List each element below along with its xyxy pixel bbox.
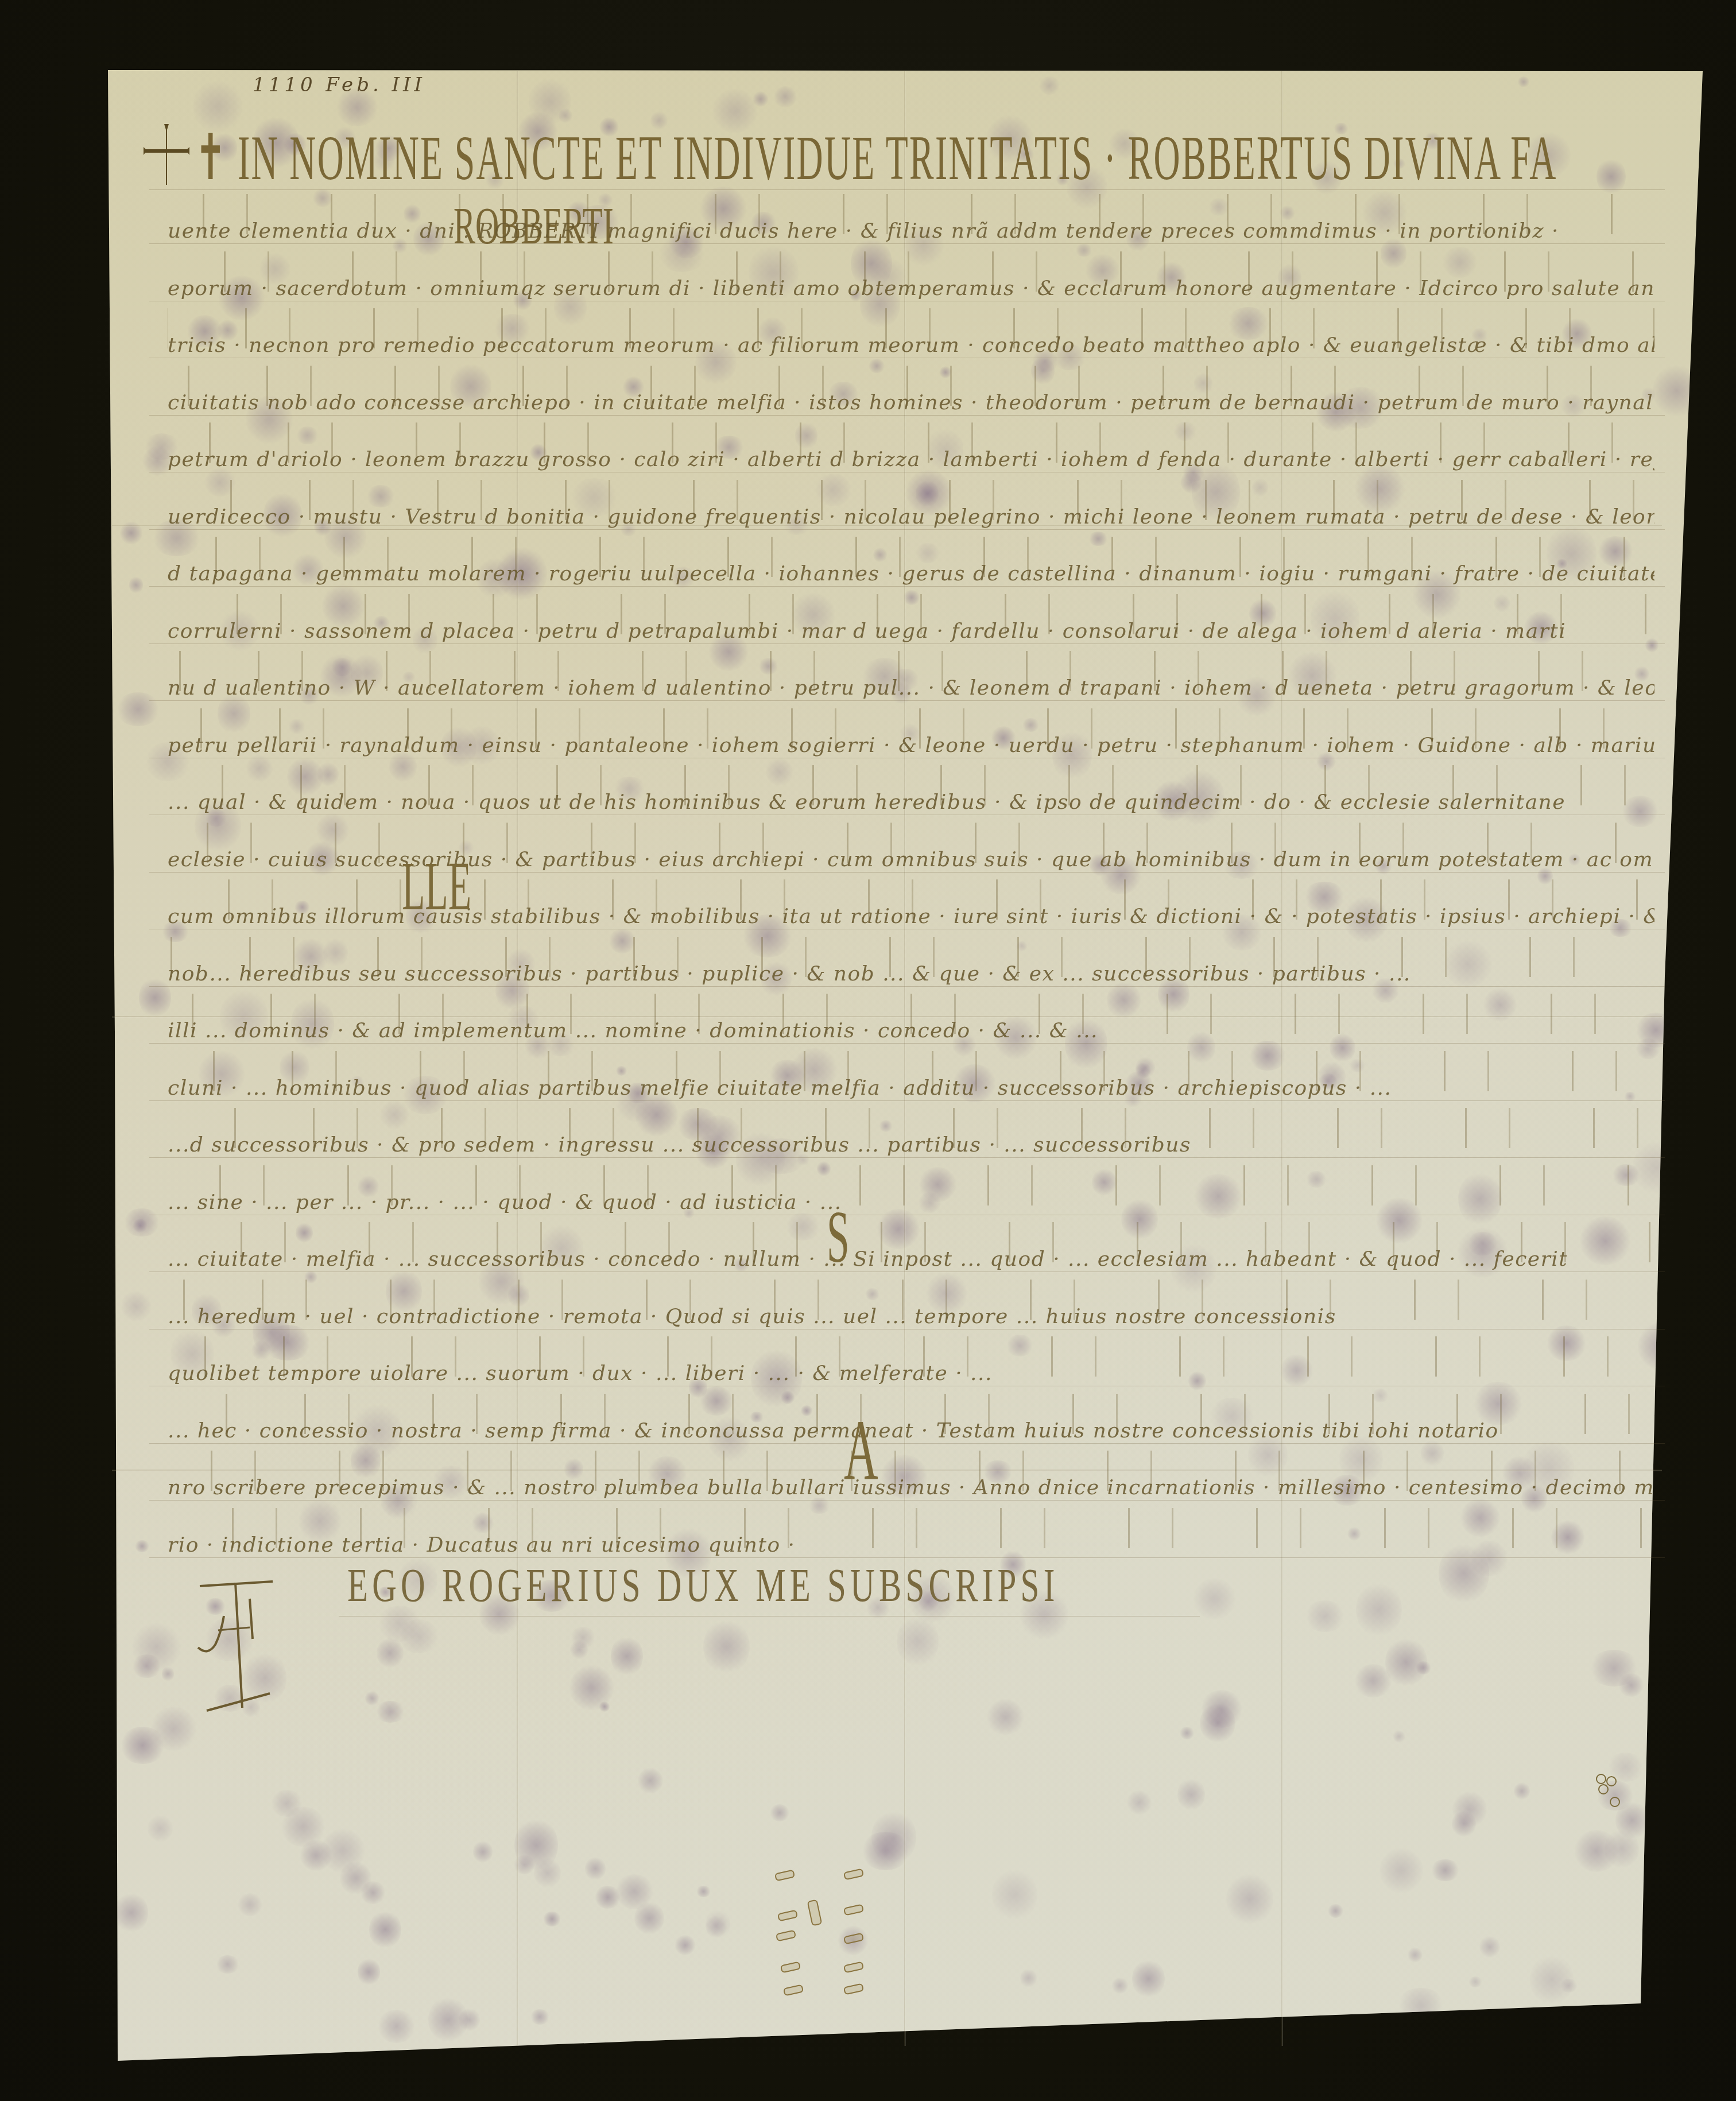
subscription-line: EGO ROGERIUS DUX ME SUBSCRIPSI: [347, 1559, 1059, 1612]
stain-spot: [675, 1935, 696, 1955]
charter-text-line: eporum · sacerdotum · omniumqz seruorum …: [168, 277, 1654, 300]
cord-hole: [807, 1900, 823, 1926]
stain-spot: [1177, 1778, 1204, 1811]
charter-text-line: nro scribere precepimus · & ... nostro p…: [168, 1476, 1654, 1499]
stain-spot: [377, 2010, 416, 2043]
stain-spot: [1226, 1873, 1273, 1925]
stain-spot: [542, 1912, 561, 1926]
cord-hole: [843, 1933, 864, 1945]
stain-spot: [1408, 1947, 1422, 1963]
stain-spot: [992, 1869, 1037, 1921]
stain-spot: [1452, 1810, 1475, 1838]
stain-spot: [986, 1699, 1025, 1735]
stain-spot: [473, 1840, 493, 1863]
ruling-line: [339, 1616, 1200, 1617]
charter-text-line: d tapagana · gemmatu molarem · rogeriu u…: [168, 562, 1654, 586]
stain-spot: [897, 1614, 939, 1668]
stain-spot: [375, 1701, 406, 1723]
stain-spot: [1020, 1968, 1037, 1987]
charter-text-line: ... heredum · uel · contradictione · rem…: [168, 1305, 1654, 1328]
stain-spot: [1132, 1959, 1165, 1998]
stain-spot: [1574, 1830, 1619, 1872]
ruling-line: [149, 415, 1665, 416]
stain-spot: [585, 1856, 606, 1881]
stain-spot: [280, 1807, 326, 1847]
ruling-line: [149, 1215, 1665, 1215]
ruling-line: [149, 1157, 1665, 1158]
cord-hole: [843, 1904, 864, 1916]
stain-spot: [1430, 1859, 1460, 1881]
ruling-line: [149, 700, 1665, 701]
charter-text-line: uerdicecco · mustu · Vestru d bonitia · …: [168, 505, 1654, 529]
charter-text-line: ... ciuitate · melfia · ... successoribu…: [168, 1247, 1654, 1271]
stain-spot: [570, 1639, 588, 1660]
stain-spot: [1588, 1650, 1640, 1687]
ruling-line: [149, 1557, 1665, 1558]
elongated-invocation-line: ✝ IN NOMINE SANCTE ET INDIVIDUE TRINITAT…: [195, 123, 1074, 189]
charter-text-line: uente clementia dux · dni . ROBBERTI mag…: [168, 219, 1654, 243]
charter-text-line: ... hec · concessio · nostra · semp firm…: [168, 1419, 1654, 1443]
ruling-line: [149, 1500, 1665, 1501]
stain-spot: [769, 1804, 790, 1821]
cord-hole: [843, 1869, 864, 1881]
stain-spot: [1530, 1955, 1574, 2005]
ruling-line: [149, 1329, 1665, 1329]
ruling-line: [149, 358, 1665, 358]
stain-spot: [1393, 1730, 1405, 1743]
stain-spot: [397, 1619, 440, 1653]
stain-spot: [428, 1997, 468, 2043]
stain-spot: [1200, 1690, 1243, 1728]
stain-spot: [1468, 1976, 1483, 1987]
ruling-line: [149, 301, 1665, 301]
ruling-line: [149, 815, 1665, 815]
stain-spot: [1126, 1790, 1152, 1815]
ruling-line: [149, 243, 1665, 244]
display-letter-a: A: [844, 1401, 878, 1499]
stain-spot: [1304, 1600, 1345, 1631]
charter-text-line: eclesie · cuius successoribus · & partib…: [168, 848, 1654, 871]
charter-text-line: ... qual · & quidem · noua · quos ut de …: [168, 790, 1654, 814]
charter-text-line: nu d ualentino · W · aucellatorem · iohe…: [168, 676, 1654, 700]
charter-text-line: petrum d'ariolo · leonem brazzu grosso ·…: [168, 448, 1654, 471]
stain-spot: [320, 1828, 365, 1873]
stain-spot: [133, 1219, 148, 1233]
cord-hole: [843, 1962, 864, 1974]
stain-spot: [1385, 1637, 1428, 1687]
stain-spot: [611, 1635, 643, 1677]
display-letter-s: S: [827, 1194, 850, 1280]
stain-spot: [369, 1910, 401, 1949]
stain-spot: [559, 108, 572, 123]
stain-spot: [1327, 1904, 1344, 1918]
charter-text-line: cum omnibus illorum causis stabilibus · …: [168, 905, 1654, 928]
stain-spot: [1179, 1727, 1195, 1739]
ruling-line: [149, 586, 1665, 587]
stain-spot: [115, 1892, 148, 1933]
cord-hole: [774, 1870, 795, 1882]
cord-hole: [776, 1930, 796, 1942]
cord-hole: [777, 1910, 798, 1922]
stain-spot: [706, 1915, 727, 1938]
stain-spot: [1479, 1936, 1500, 1958]
stain-spot: [1517, 76, 1530, 87]
ruling-line: [149, 644, 1665, 644]
stain-spot: [1038, 76, 1061, 94]
ruling-line: [149, 1443, 1665, 1444]
ruling-line: [149, 929, 1665, 929]
stain-spot: [696, 1886, 711, 1897]
charter-text-line: nob... heredibus seu successoribus · par…: [168, 962, 1654, 986]
charter-text-line: cluni · ... hominibus · quod alias parti…: [168, 1076, 1654, 1100]
invocation-cross-icon: [144, 122, 189, 188]
charter-text-line: ciuitatis nob ado concesse archiepo · in…: [168, 391, 1654, 414]
ring-stamp-marks: [1596, 1774, 1630, 1820]
cord-hole: [843, 1983, 864, 1995]
charter-text-line: ...d successoribus · & pro sedem · ingre…: [168, 1133, 1654, 1157]
cord-hole: [780, 1962, 801, 1974]
ruling-line: [149, 872, 1665, 873]
ruling-line: [149, 1100, 1665, 1101]
seal-cord-holes: [764, 1860, 878, 1998]
charter-text-line: rio · indictione tertia · Ducatus au nri…: [168, 1533, 1029, 1557]
stain-spot: [129, 576, 144, 594]
ruling-line: [149, 1386, 1665, 1386]
stain-spot: [1193, 1578, 1236, 1619]
stain-spot: [530, 2009, 550, 2025]
ring-mark: [1596, 1774, 1606, 1784]
cord-hole: [783, 1984, 804, 1997]
stain-spot: [148, 1815, 173, 1843]
charter-text-line: tricis · necnon pro remedio peccatorum m…: [168, 334, 1654, 357]
charter-text-line: quolibet tempore uiolare ... suorum · du…: [168, 1362, 1654, 1385]
charter-text-line: ... sine · ... per ... · pr... · ... · q…: [168, 1191, 1654, 1214]
stain-spot: [1379, 1847, 1423, 1894]
stain-spot: [703, 1619, 750, 1674]
stain-spot: [1111, 1978, 1129, 1994]
stain-spot: [773, 86, 797, 107]
display-letters-lle: LLE: [402, 847, 471, 926]
ducal-monogram-icon: [195, 1576, 299, 1714]
stain-spot: [134, 1540, 150, 1552]
ruling-line: [149, 1043, 1665, 1044]
charter-text-line: corrulerni · sassonem d placea · petru d…: [168, 619, 1654, 643]
charter-text-line: petru pellarii · raynaldum · einsu · pan…: [168, 734, 1654, 757]
ruling-line: [149, 758, 1665, 758]
ring-mark: [1598, 1784, 1609, 1794]
stain-spot: [358, 1957, 380, 1986]
charter-text-line: illi ... dominus · & ad implementum ... …: [168, 1019, 1654, 1042]
stain-spot: [1514, 1782, 1530, 1800]
archival-date-note: 1110 Feb. III: [253, 73, 425, 96]
stain-spot: [215, 1955, 240, 1973]
stain-spot: [120, 521, 142, 545]
stain-spot: [1356, 1581, 1402, 1638]
stain-spot: [365, 1691, 379, 1705]
stain-spot: [514, 1817, 558, 1873]
stain-spot: [150, 1707, 197, 1751]
stain-spot: [121, 1291, 152, 1321]
ring-mark: [1606, 1776, 1617, 1786]
ruling-line: [149, 189, 1665, 190]
ruling-line: [149, 1272, 1665, 1272]
stain-spot: [638, 1767, 663, 1794]
ring-mark: [1610, 1797, 1620, 1807]
stain-spot: [132, 1623, 181, 1672]
ruling-line: [149, 529, 1665, 530]
stain-spot: [871, 1810, 917, 1864]
ruling-line: [149, 472, 1665, 472]
stain-spot: [139, 977, 171, 1018]
stain-spot: [237, 1893, 263, 1917]
stain-spot: [115, 692, 161, 726]
stain-spot: [569, 1665, 614, 1711]
ruling-line: [149, 986, 1665, 987]
